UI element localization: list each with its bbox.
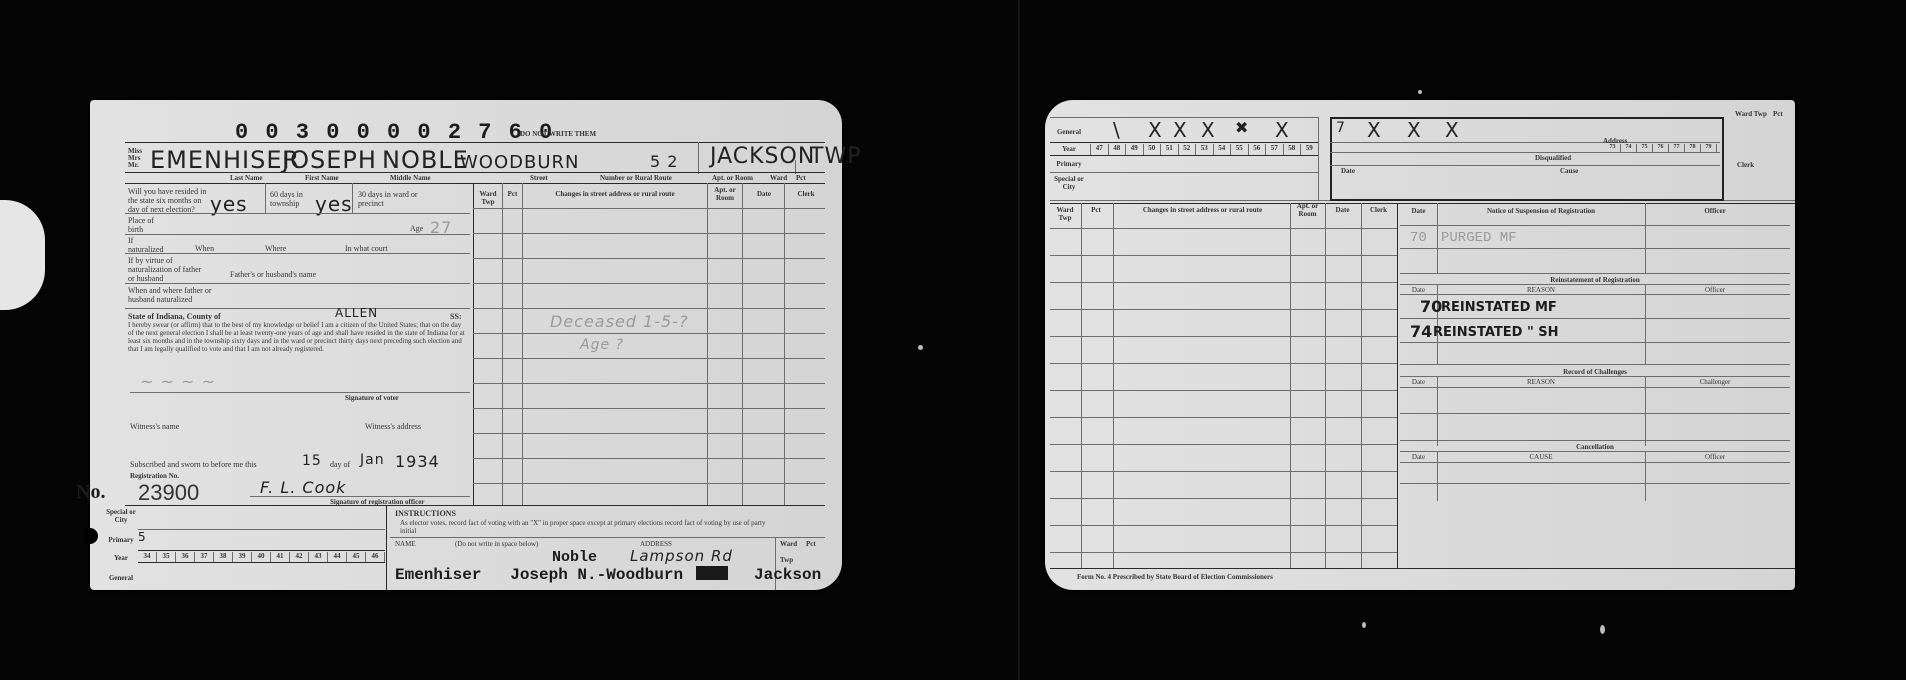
row-line [1330,152,1720,153]
naturalized-when: When [195,244,214,253]
suspension-date-header: Date [1400,207,1437,215]
punch-hole [82,528,98,544]
vote-mark: X [1173,118,1187,142]
row-line [1330,165,1720,166]
witness-name-label: Witness's name [130,422,179,431]
registration-card-back: General Year Primary Special or City 47 … [1045,100,1795,590]
year-cell: 46 [366,552,385,562]
disqualified-date-label: Date [1341,167,1355,175]
col-ward-twp: Ward Twp [475,190,501,206]
grid-row-special: Special or City [1050,175,1088,191]
col-clerk: Clerk [786,190,826,198]
year-cell: 73 [1605,144,1621,152]
row-line [1050,444,1397,445]
label-middle-name: Middle Name [390,174,431,182]
witness-address-label: Witness's address [365,422,421,431]
age-label: Age [410,224,423,233]
divider [1645,284,1646,364]
col-ward-twp: Ward Twp [1050,206,1080,222]
row-line [1050,228,1397,229]
signature-line [250,496,470,497]
sworn-label: Subscribed and sworn to before me this [130,460,257,469]
label-ward: Ward [770,174,787,182]
row-line [1050,155,1318,156]
naturalized-court: In what court [345,244,388,253]
county-value: ALLEN [335,306,378,320]
divider [125,183,825,184]
divider [473,183,474,505]
typed-middle-name: Noble [552,549,597,566]
divider [125,505,825,506]
cancellation-officer-header: Officer [1645,453,1785,461]
label-last-name: Last Name [230,174,262,182]
year-cell: 55 [1231,144,1249,155]
year-cell: 47 [1091,144,1109,155]
divider [1437,284,1438,364]
year-cell: 35 [157,552,176,562]
row-line [1400,248,1790,249]
divider [1050,203,1795,204]
divider [784,183,785,505]
row-line [1400,413,1790,414]
row-line [1400,225,1790,226]
year-cell: 40 [252,552,271,562]
divider [1361,203,1362,568]
year-cell: 49 [1126,144,1144,155]
redacted-block [696,566,728,580]
divider [125,283,470,284]
divider [125,234,470,235]
oath-state-line: State of Indiana, County of [128,312,221,321]
grid-row-year: Year [105,554,137,562]
ward-label: Ward [780,540,797,548]
year-cell: 53 [1196,144,1214,155]
grid-row-general: General [105,574,137,582]
typed-township: Jackson [754,566,821,584]
when-where-label: When and where father or husband natural… [128,286,213,304]
residence-question: Will you have resided in the state six m… [128,187,208,214]
officer-signature: F. L. Cook [260,478,346,497]
row-line [473,233,825,234]
pct-label: Pct [806,540,816,548]
divider [742,183,743,505]
divider [125,253,470,254]
pct-label: Pct [1773,110,1783,118]
voter-signature: ~ ~ ~ ~ [140,372,216,391]
township-value: JACKSON [710,144,815,169]
divider [125,142,825,143]
row-line [1050,336,1397,337]
deceased-note: Deceased 1-5-? [550,312,688,331]
year-cell: 51 [1161,144,1179,155]
township-days-label: 60 days in township [270,190,315,208]
oath-text: I hereby swear (or affirm) that to the b… [128,321,468,353]
instructions-title: INSTRUCTIONS [395,510,456,518]
year-cell: 77 [1669,144,1685,152]
twp-suffix: TWP [810,144,861,169]
label-first-name: First Name [305,174,339,182]
row-line [1050,172,1318,173]
row-line [138,562,385,563]
reinstatement-reason: REINSTATED " SH [1433,325,1559,340]
registration-number: 23900 [138,480,199,506]
year-cell: 74 [1621,144,1637,152]
divider [390,537,825,538]
instructions-text: As elector votes, record fact of voting … [400,519,780,535]
year-cell: 45 [347,552,366,562]
row-line [473,333,825,334]
year-cell: 54 [1214,144,1232,155]
row-line [473,283,825,284]
typed-road: Lampson Rd [630,547,733,565]
row-line [473,208,825,209]
signature-line [130,392,470,393]
challenges-date-header: Date [1400,378,1437,386]
cancellation-date-header: Date [1400,453,1437,461]
year-cell: 43 [309,552,328,562]
reinstatement-reason-header: REASON [1437,286,1645,294]
col-apt: Apt. or Room [709,186,741,202]
year-cell: 34 [138,552,157,562]
divider [352,183,353,213]
number-value: 5 2 [650,152,678,171]
father-name-label: Father's or husband's name [230,270,316,279]
challenges-title: Record of Challenges [1400,368,1790,376]
col-changes: Changes in street address or rural route [524,190,706,198]
form-footer: Form No. 4 Prescribed by State Board of … [1077,573,1273,581]
divider [1290,203,1291,568]
last-name-value: EMENHISER [150,146,300,174]
film-edge-artifact [0,200,45,310]
grid-row-special: Special or City [105,508,137,524]
grid-row-year: Year [1050,145,1088,153]
challenges-challenger-header: Challenger [1645,378,1785,386]
vote-mark: \ [1113,118,1120,142]
cancellation-title: Cancellation [1400,443,1790,451]
divider [1437,451,1438,501]
divider [1318,117,1319,200]
row-line [473,308,825,309]
divider [502,183,503,505]
row-line [1400,440,1790,441]
year-cell: 38 [214,552,233,562]
primary-mark: 5 [138,530,147,544]
divider [1397,203,1398,568]
year-cell: 48 [1109,144,1127,155]
row-line [1400,451,1790,452]
reinstatement-officer-header: Officer [1645,286,1785,294]
vote-mark: ✖ [1235,118,1248,137]
year-cell: 56 [1249,144,1267,155]
row-line [1050,471,1397,472]
col-pct: Pct [1081,206,1111,214]
divider [386,505,387,590]
divider [1645,451,1646,501]
birth-label: Place of birth [128,216,168,234]
row-line [1400,376,1790,377]
row-line [1400,273,1790,274]
suspension-officer-header: Officer [1645,207,1785,215]
row-line [1400,318,1790,319]
row-line [473,458,825,459]
divider [1437,376,1438,446]
row-line [1050,142,1318,143]
twp-label: Twp [780,556,793,564]
row-line [1400,342,1790,343]
row-line [1400,387,1790,388]
sworn-month: Jan [360,452,385,468]
reinstatement-reason: REINSTATED MF [1441,300,1557,315]
registration-card-front: 0 0 3 0 0 0 0 2 7 6 0 DO NOT WRITE THEM … [90,100,842,590]
cancellation-cause-header: CAUSE [1437,453,1645,461]
year-cell: 78 [1685,144,1701,152]
year-row-left: 34 35 36 37 38 39 40 41 42 43 44 45 46 [138,552,385,562]
divider [1050,568,1795,569]
dust-speck [918,345,923,350]
row-line [1400,364,1790,365]
ward-days-label: 30 days in ward or precinct [358,190,428,208]
reinstatement-title: Reinstatement of Registration [1400,276,1790,284]
registration-no-label: Registration No. [130,472,179,480]
divider [265,183,266,213]
dust-speck [1600,625,1605,634]
suspension-date: 70 [1410,230,1427,246]
col-date: Date [1325,206,1360,214]
col-apt: Apt. or Room [1290,202,1325,218]
col-clerk: Clerk [1361,206,1396,214]
divider [125,172,825,173]
row-line [1400,284,1790,285]
row-line [473,358,825,359]
row-line [473,433,825,434]
sworn-year: 1934 [395,452,440,471]
year-cell: 36 [176,552,195,562]
ss-label: SS: [450,312,462,321]
row-line [1050,417,1397,418]
naturalized-label: If naturalized [128,236,168,254]
col-date: Date [744,190,784,198]
divider [522,183,523,505]
row-line [138,529,385,530]
divider [1113,203,1114,568]
disqualified-box [1330,117,1724,201]
year-cell: 37 [195,552,214,562]
dust-speck [1362,622,1366,628]
row-line [1050,282,1397,283]
row-line [473,383,825,384]
sworn-day: 15 [302,453,322,469]
label-street: Street [530,174,548,182]
row-line [1050,390,1397,391]
vote-mark: X [1407,118,1421,142]
naturalized-where: Where [265,244,286,253]
row-line [138,550,385,551]
dust-speck [1418,90,1422,94]
vote-mark: X [1148,118,1162,142]
row-line [1400,462,1790,463]
grid-row-general: General [1050,128,1088,136]
vote-mark: X [1445,118,1459,142]
col-changes: Changes in street address or rural route [1115,206,1290,214]
reinstatement-date-header: Date [1400,286,1437,294]
year-row-right: 47 48 49 50 51 52 53 54 55 56 57 58 59 [1090,144,1319,155]
year-cell: 52 [1179,144,1197,155]
vote-mark: X [1201,118,1215,142]
year-cell: 79 [1701,144,1717,152]
row-line [473,408,825,409]
year-cell: 50 [1144,144,1162,155]
virtue-label: If by virtue of naturalization of father… [128,256,203,283]
row-line [1400,483,1790,484]
label-pct: Pct [796,174,806,182]
label-number: Number or Rural Route [600,174,672,182]
year-cell: 58 [1284,144,1302,155]
reinstatement-date: 70 [1420,297,1442,316]
street-value: WOODBURN [460,152,580,173]
name-label: NAME [395,540,416,548]
suspension-notice: PURGED MF [1441,230,1517,246]
registration-prefix: No. [76,481,105,504]
disqualified-label: Disqualified [1535,154,1571,162]
row-line [1050,363,1397,364]
divider [125,308,470,309]
vote-mark: X [1275,118,1289,142]
divider [698,142,699,174]
year-cell: 44 [328,552,347,562]
clerk-label: Clerk [1737,161,1754,169]
disqualified-mark: 7 [1336,120,1346,136]
voter-signature-label: Signature of voter [345,394,399,402]
row-line [1400,294,1790,295]
row-line [1050,255,1397,256]
divider [707,183,708,505]
year-cell: 39 [233,552,252,562]
row-line [1050,498,1397,499]
divider [1325,203,1326,568]
year-cell: 57 [1266,144,1284,155]
row-line [1330,142,1720,143]
grid-row-primary: Primary [105,536,137,544]
film-divider [1018,0,1020,680]
divider [125,213,470,214]
middle-name-value: NOBLE [382,146,469,174]
disqualified-years: 73 74 75 76 77 78 79 [1605,144,1718,152]
year-cell: 76 [1653,144,1669,152]
row-line [473,258,825,259]
divider [1645,376,1646,446]
col-pct: Pct [503,190,522,198]
age-note: Age ? [580,337,624,353]
label-apt: Apt. or Room [712,174,753,182]
vote-mark: X [1367,118,1381,142]
row-line [473,483,825,484]
header-note: DO NOT WRITE THEM [520,130,596,138]
reinstatement-date: 74 [1410,322,1432,341]
suspension-notice-header: Notice of Suspension of Registration [1437,207,1645,215]
row-line [1050,552,1397,553]
disqualified-cause-label: Cause [1560,167,1578,175]
sworn-day-label: day of [330,460,350,469]
row-line [1050,525,1397,526]
year-cell: 75 [1637,144,1653,152]
grid-row-primary: Primary [1050,160,1088,168]
space-note: (Do not write in space below) [455,540,538,548]
first-name-value: JOSEPH [282,146,377,174]
title-mr: Mr. [128,161,139,169]
challenges-reason-header: REASON [1437,378,1645,386]
ward-twp-label: Ward Twp [1735,110,1767,118]
row-line [1050,309,1397,310]
divider [1081,203,1082,568]
typed-name-line: Emenhiser Joseph N.-Woodburn [395,566,683,584]
year-cell: 42 [290,552,309,562]
year-cell: 59 [1301,144,1319,155]
year-cell: 41 [271,552,290,562]
